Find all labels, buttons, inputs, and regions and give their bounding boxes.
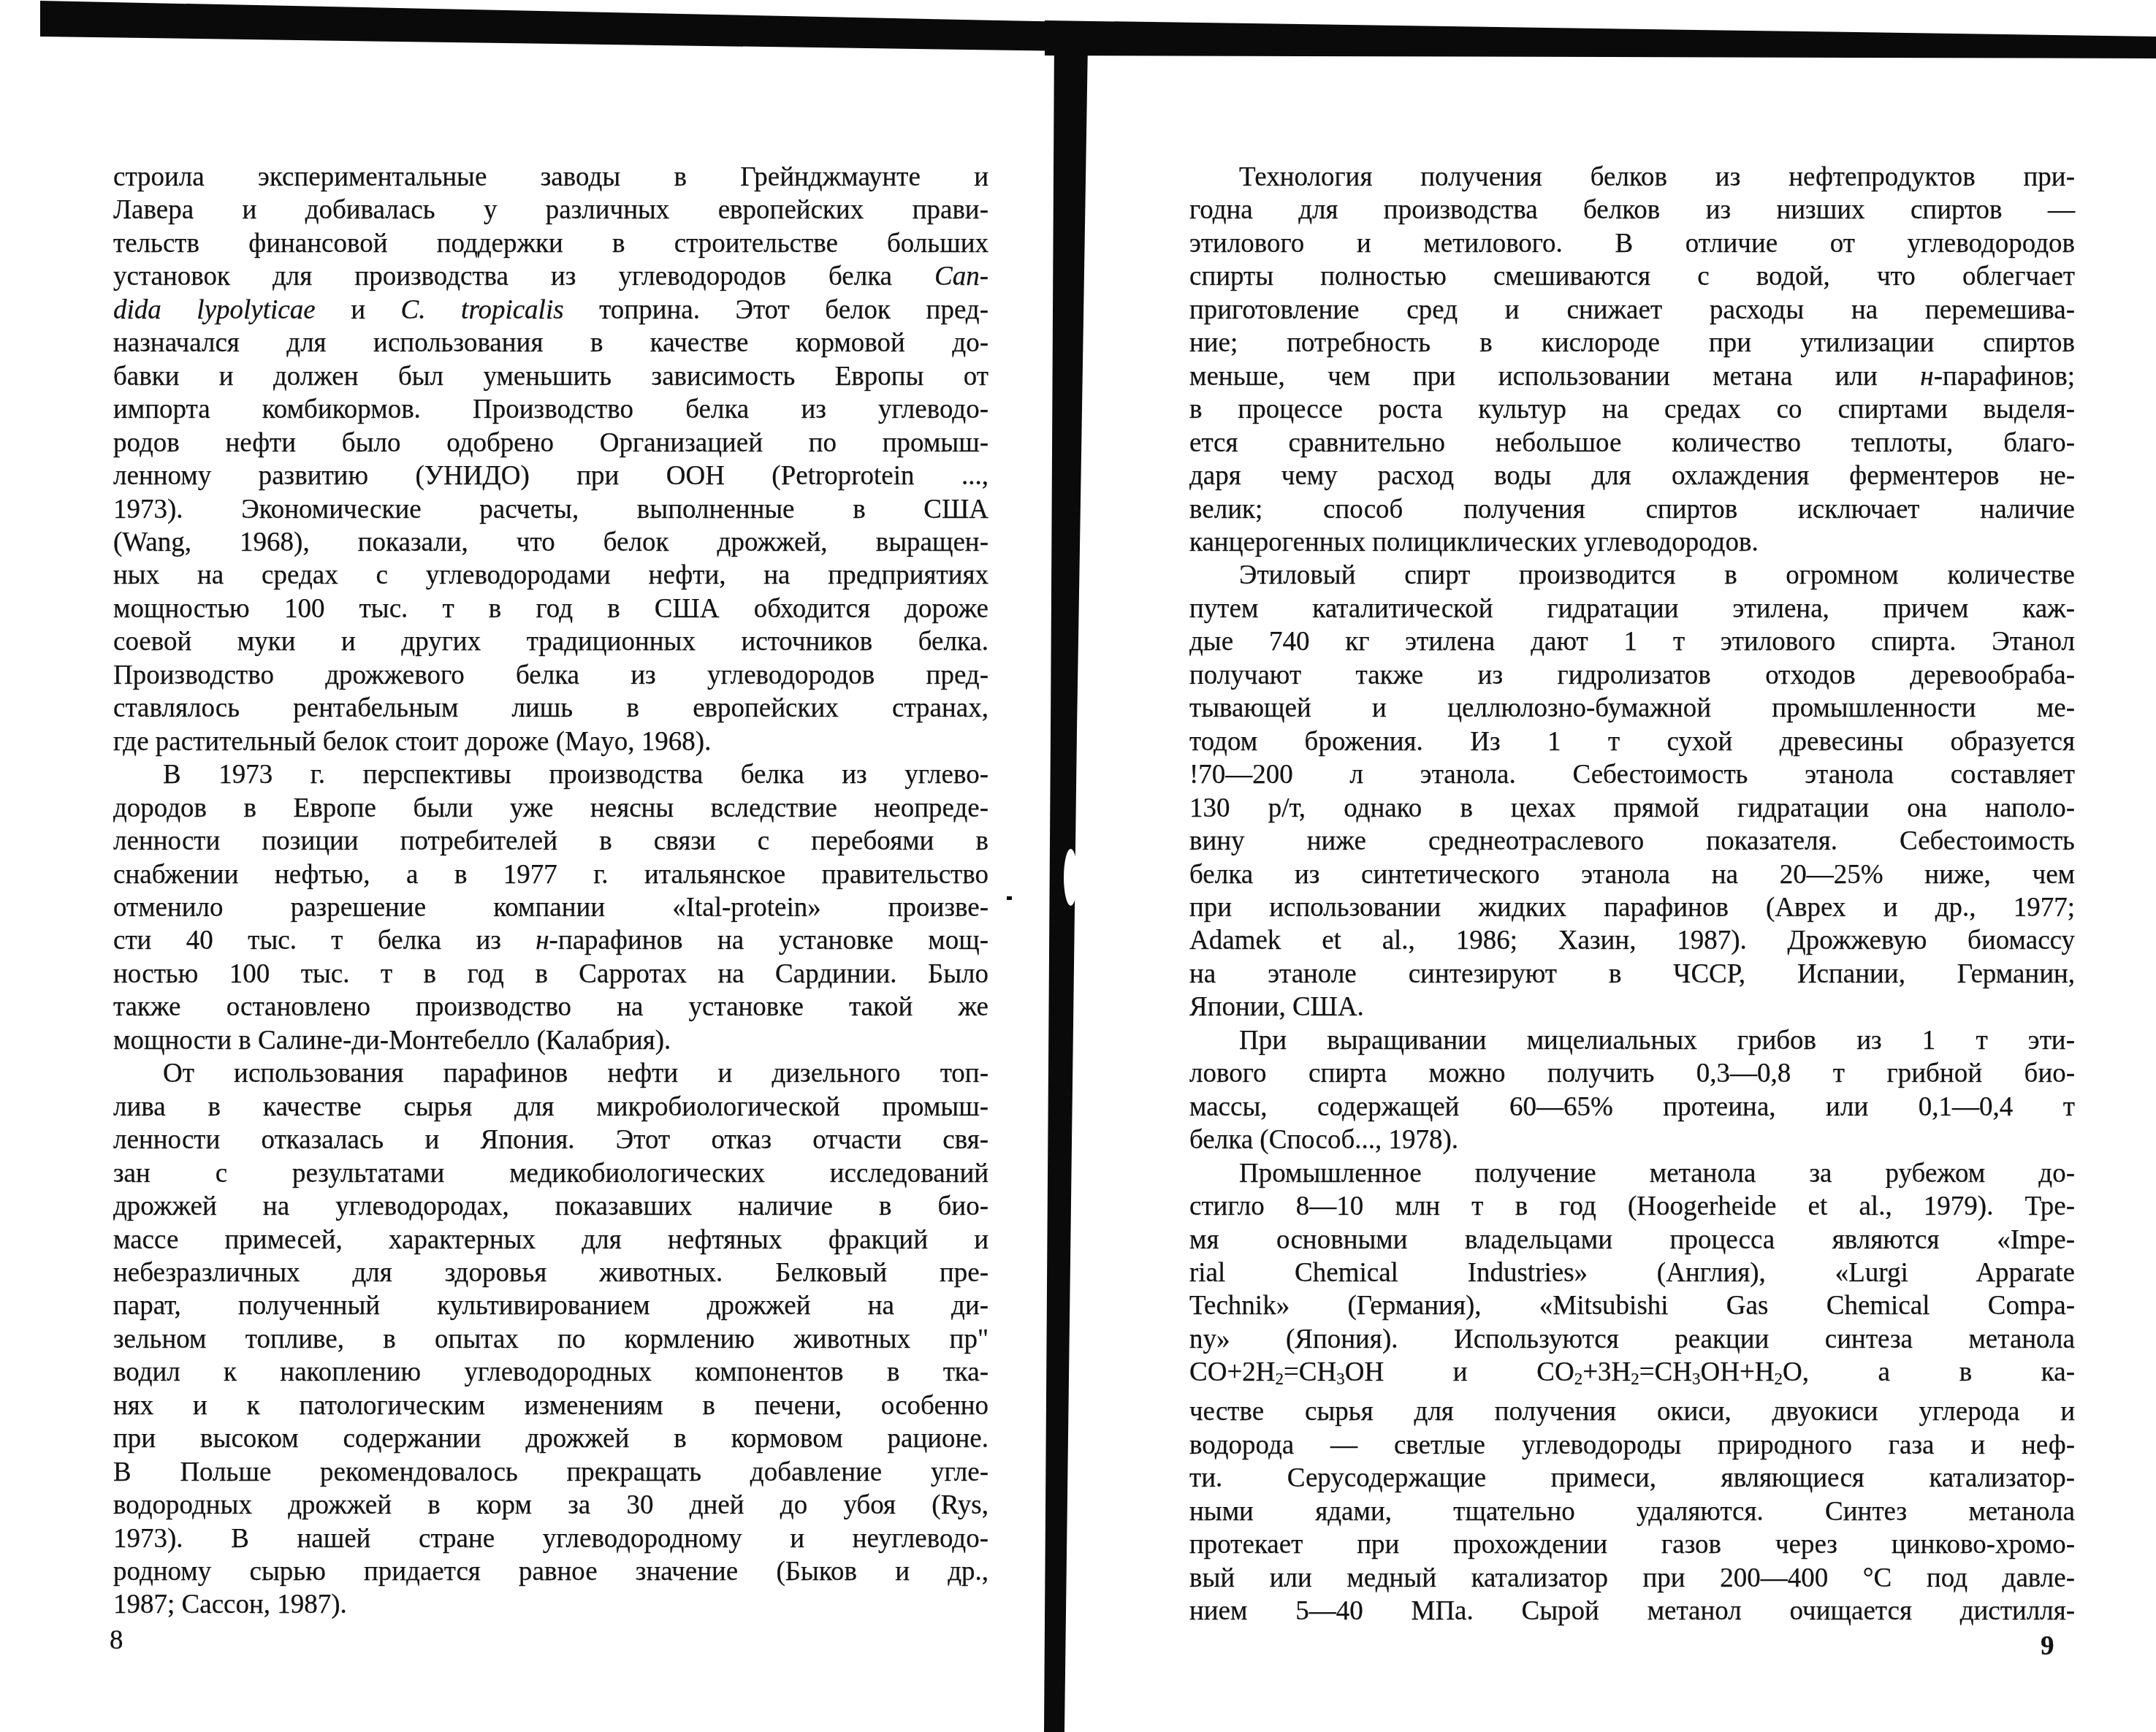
text-line: При выращивании мицелиальных грибов из 1… xyxy=(1189,1024,2075,1057)
text-segment: сти 40 тыс. т белка из xyxy=(113,926,536,955)
text-line: даря чему расход воды для охлаждения фер… xyxy=(1189,459,2075,492)
text-line: родов нефти было одобрено Организацией п… xyxy=(113,427,989,459)
text-line: родному сырью придается равное значение … xyxy=(113,1555,989,1588)
text-segment: -парафинов на установке мощ- xyxy=(549,926,989,955)
text-segment: OH+H xyxy=(1700,1357,1774,1387)
text-line: 130 р/т, однако в цехах прямой гидратаци… xyxy=(1189,792,2075,825)
text-line: !70—200 л этанола. Себестоимость этанола… xyxy=(1189,758,2075,791)
text-line: ny» (Япония). Используются реакции синте… xyxy=(1189,1323,2075,1356)
subscript-text: 3 xyxy=(1336,1370,1344,1388)
text-line: зан с результатами медикобиологических и… xyxy=(113,1157,989,1190)
text-segment: -парафинов; xyxy=(1934,362,2075,392)
text-line: лива в качестве сырья для микробиологиче… xyxy=(113,1091,989,1123)
right-page-text: Технология получения белков из нефтепрод… xyxy=(1189,161,2075,1628)
text-segment: установок для производства из углеводоро… xyxy=(113,262,934,291)
text-line: 1987; Сассон, 1987). xyxy=(113,1588,989,1621)
text-line: мощности в Салине-ди-Монтебелло (Калабри… xyxy=(113,1024,989,1057)
text-line: мощностью 100 тыс. т в год в США обходит… xyxy=(113,592,989,625)
text-line: Японии, США. xyxy=(1189,991,2075,1023)
text-line: ние; потребность в кислороде при утилиза… xyxy=(1189,327,2075,359)
subscript-text: 2 xyxy=(1574,1370,1582,1388)
text-line: От использования парафинов нефти и дизел… xyxy=(113,1057,989,1090)
italic-text: н xyxy=(536,926,549,955)
text-line: спирты полностью смешиваются с водой, чт… xyxy=(1189,260,2075,293)
page-number-right: 9 xyxy=(2041,1630,2054,1662)
text-line: зельном топливе, в опытах по кормлению ж… xyxy=(113,1323,989,1356)
text-line: снабжении нефтью, а в 1977 г. итальянско… xyxy=(113,858,989,891)
text-line: Adamek et al., 1986; Хазин, 1987). Дрожж… xyxy=(1189,924,2075,957)
text-line: массы, содержащей 60—65% протеина, или 0… xyxy=(1189,1091,2075,1123)
text-line: дые 740 кг этилена дают 1 т этилового сп… xyxy=(1189,625,2075,658)
text-line: тельств финансовой поддержки в строитель… xyxy=(113,227,989,260)
text-line: белка из синтетического этанола на 20—25… xyxy=(1189,858,2075,891)
text-line: дрожжей на углеводородах, показавших нал… xyxy=(113,1190,989,1223)
text-line: годна для производства белков из низших … xyxy=(1189,194,2075,226)
text-segment: меньше, чем при использовании метана или xyxy=(1189,362,1920,392)
spine-shadow-notch xyxy=(1064,849,1078,906)
text-line: ленности отказалась и Япония. Этот отказ… xyxy=(113,1123,989,1156)
text-line: при высоком содержании дрожжей в кормово… xyxy=(113,1422,989,1455)
text-line: водорода — светлые углеводороды природно… xyxy=(1189,1429,2075,1462)
text-segment: +3H xyxy=(1582,1357,1631,1387)
text-line: ных на средах с углеводородами нефти, на… xyxy=(113,559,989,592)
text-line: rial Chemical Industries» (Англия), «Lur… xyxy=(1189,1256,2075,1289)
text-line: ти. Серусодержащие примеси, являющиеся к… xyxy=(1189,1462,2075,1495)
scan-speck xyxy=(1007,896,1012,900)
text-line: путем каталитической гидратации этилена,… xyxy=(1189,592,2075,625)
text-line: Technik» (Германия), «Mitsubishi Gas Che… xyxy=(1189,1289,2075,1322)
text-line: белка (Способ..., 1978). xyxy=(1189,1123,2075,1156)
text-line: dida lypolyticae и C. tropicalis топрина… xyxy=(113,294,989,327)
italic-text: C. tropicalis xyxy=(401,295,564,325)
text-line: меньше, чем при использовании метана или… xyxy=(1189,360,2075,393)
text-line: ностью 100 тыс. т в год в Сарротах на Са… xyxy=(113,958,989,991)
text-line: вый или медный катализатор при 200—400 °… xyxy=(1189,1562,2075,1595)
text-line: лового спирта можно получить 0,3—0,8 т г… xyxy=(1189,1057,2075,1090)
text-line: отменило разрешение компании «Ital-prote… xyxy=(113,891,989,924)
text-line: протекает при прохождении газов через ци… xyxy=(1189,1528,2075,1561)
italic-text: н xyxy=(1920,362,1933,392)
text-line: ется сравнительно небольшое количество т… xyxy=(1189,427,2075,459)
text-line: ставлялось рентабельным лишь в европейск… xyxy=(113,692,989,725)
text-line: строила экспериментальные заводы в Грейн… xyxy=(113,161,989,194)
text-line: канцерогенных полициклических углеводоро… xyxy=(1189,526,2075,559)
text-line: Технология получения белков из нефтепрод… xyxy=(1189,161,2075,194)
subscript-text: 2 xyxy=(1774,1370,1782,1388)
subscript-text: 3 xyxy=(1692,1370,1700,1388)
text-line: В Польше рекомендовалось прекращать доба… xyxy=(113,1456,989,1489)
text-line: массе примесей, характерных для нефтяных… xyxy=(113,1224,989,1256)
text-line: (Wang, 1968), показали, что белок дрожже… xyxy=(113,526,989,559)
text-segment: и xyxy=(316,295,401,325)
text-line: на этаноле синтезируют в ЧССР, Испании, … xyxy=(1189,958,2075,991)
text-line: тодом брожения. Из 1 т сухой древесины о… xyxy=(1189,725,2075,758)
text-line: также остановлено производство на устано… xyxy=(113,991,989,1023)
text-segment: O, а в ка- xyxy=(1783,1357,2075,1387)
text-segment: OH и CO xyxy=(1345,1357,1574,1387)
italic-text: dida lypolyticae xyxy=(113,295,316,325)
text-line: установок для производства из углеводоро… xyxy=(113,260,989,293)
text-line: назначался для использования в качестве … xyxy=(113,327,989,359)
text-line: честве сырья для получения окиси, двуоки… xyxy=(1189,1395,2075,1428)
text-line: небезразличных для здоровья животных. Бе… xyxy=(113,1256,989,1289)
text-line: CO+2H2=CH3OH и CO2+3H2=CH3OH+H2O, а в ка… xyxy=(1189,1356,2075,1395)
text-segment: =CH xyxy=(1639,1357,1692,1387)
text-line: бавки и должен был уменьшить зависимость… xyxy=(113,360,989,393)
text-line: 1973). В нашей стране углеводородному и … xyxy=(113,1522,989,1555)
text-line: этилового и метилового. В отличие от угл… xyxy=(1189,227,2075,260)
text-line: вину ниже среднеотраслевого показателя. … xyxy=(1189,825,2075,858)
book-scan-spread: строила экспериментальные заводы в Грейн… xyxy=(0,0,2156,1732)
text-line: Этиловый спирт производится в огромном к… xyxy=(1189,559,2075,592)
text-line: Лавера и добивалась у различных европейс… xyxy=(113,194,989,226)
text-line: водил к накоплению углеводородных компон… xyxy=(113,1356,989,1389)
left-page-text: строила экспериментальные заводы в Грейн… xyxy=(113,161,989,1622)
text-line: получают также из гидролизатов отходов д… xyxy=(1189,659,2075,692)
text-line: нях и к патологическим изменениям в пече… xyxy=(113,1389,989,1422)
text-line: дородов в Европе были уже неясны вследст… xyxy=(113,792,989,825)
subscript-text: 2 xyxy=(1631,1370,1639,1388)
text-line: в процессе роста культур на средах со сп… xyxy=(1189,393,2075,426)
text-line: ными ядами, тщательно удаляются. Синтез … xyxy=(1189,1495,2075,1528)
text-line: парат, полученный культивированием дрожж… xyxy=(113,1289,989,1322)
text-line: велик; способ получения спиртов исключае… xyxy=(1189,493,2075,526)
text-segment: =CH xyxy=(1284,1357,1336,1387)
text-line: где растительный белок стоит дороже (May… xyxy=(113,725,989,758)
subscript-text: 2 xyxy=(1276,1370,1284,1388)
text-line: мя основными владельцами процесса являют… xyxy=(1189,1224,2075,1256)
text-segment: топрина. Этот белок пред- xyxy=(564,295,989,325)
text-segment: CO+2H xyxy=(1189,1357,1276,1387)
text-line: стигло 8—10 млн т в год (Hoogerheide et … xyxy=(1189,1190,2075,1223)
text-line: ленному развитию (УНИДО) при ООН (Petrop… xyxy=(113,459,989,492)
text-line: при использовании жидких парафинов (Авре… xyxy=(1189,891,2075,924)
text-line: Промышленное получение метанола за рубеж… xyxy=(1189,1157,2075,1190)
text-line: приготовление сред и снижает расходы на … xyxy=(1189,294,2075,327)
text-line: тывающей и целлюлозно-бумажной промышлен… xyxy=(1189,692,2075,725)
page-number-left: 8 xyxy=(110,1625,123,1656)
italic-text: Can- xyxy=(934,262,989,291)
text-line: 1973). Экономические расчеты, выполненны… xyxy=(113,493,989,526)
text-line: Производство дрожжевого белка из углевод… xyxy=(113,659,989,692)
text-line: ленности позиции потребителей в связи с … xyxy=(113,825,989,858)
text-line: В 1973 г. перспективы производства белка… xyxy=(113,758,989,791)
text-line: соевой муки и других традиционных источн… xyxy=(113,625,989,658)
text-line: сти 40 тыс. т белка из н-парафинов на ус… xyxy=(113,924,989,957)
text-line: водородных дрожжей в корм за 30 дней до … xyxy=(113,1489,989,1522)
text-line: импорта комбикормов. Производство белка … xyxy=(113,393,989,426)
text-line: нием 5—40 МПа. Сырой метанол очищается д… xyxy=(1189,1595,2075,1628)
